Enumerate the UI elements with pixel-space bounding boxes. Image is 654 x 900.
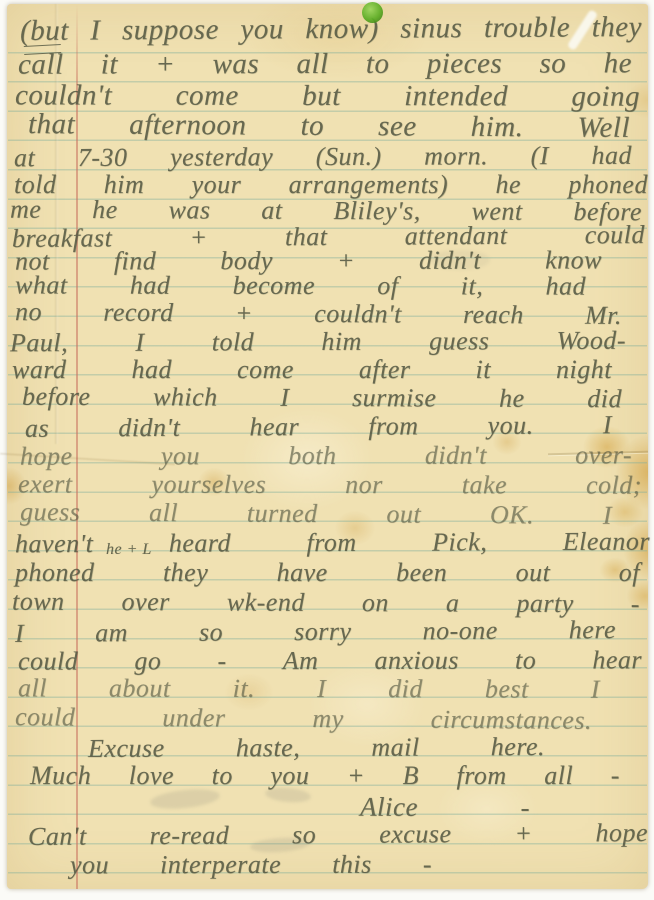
letter-line: couldundermycircumstances. (15, 702, 592, 736)
letter-line: asdidn'thearfromyou.I (25, 410, 612, 444)
letter-line: allaboutit.IdidbestI (18, 673, 600, 704)
letter-line: townoverwk-endonaparty- (12, 587, 640, 620)
letter-line: at7-30yesterday(Sun.)morn.(Ihad (14, 141, 632, 174)
letter-line: callit+wasalltopiecessohe (18, 48, 632, 79)
letter-line: (butIsupposeyouknow)sinustroublethey (20, 12, 642, 46)
letter-line: couldgo-Amanxioustohear (18, 645, 642, 676)
letter-line: beforewhichIsurmisehedid (22, 382, 622, 415)
letter-line: exertyourselvesnortakecold; (18, 469, 642, 500)
letter-line: Muchlovetoyou+Bfromall- (30, 761, 620, 791)
letter-line: phonedtheyhavebeenoutof (15, 558, 640, 588)
letter-line: wardhadcomeafteritnight (12, 355, 612, 385)
letter-scan: (butIsupposeyouknow)sinustroubletheycall… (0, 0, 654, 900)
letter-line: hopeyoubothdidn'tover- (20, 440, 632, 471)
letter-line: youinterperatethis- (70, 850, 432, 881)
letter-line: guessallturnedoutOK.I (20, 497, 612, 531)
letter-line: Iamsosorryno-onehere (15, 615, 616, 649)
handwriting-text: (butIsupposeyouknow)sinustroubletheycall… (0, 0, 654, 900)
letter-line: Paul,ItoldhimguessWood- (10, 326, 626, 359)
letter-line: Excusehaste,mailhere. (88, 732, 545, 764)
inserted-correction: he + L (106, 541, 152, 559)
green-dot-marker (362, 2, 383, 23)
letter-line: Alice- (360, 792, 530, 823)
letter-line: thatafternoontoseehim.Well (28, 109, 630, 143)
double-underline-mark (24, 44, 61, 55)
letter-line: Can'tre-readsoexcuse+hope (28, 818, 648, 852)
letter-line: couldn'tcomebutintendedgoing (15, 80, 640, 111)
